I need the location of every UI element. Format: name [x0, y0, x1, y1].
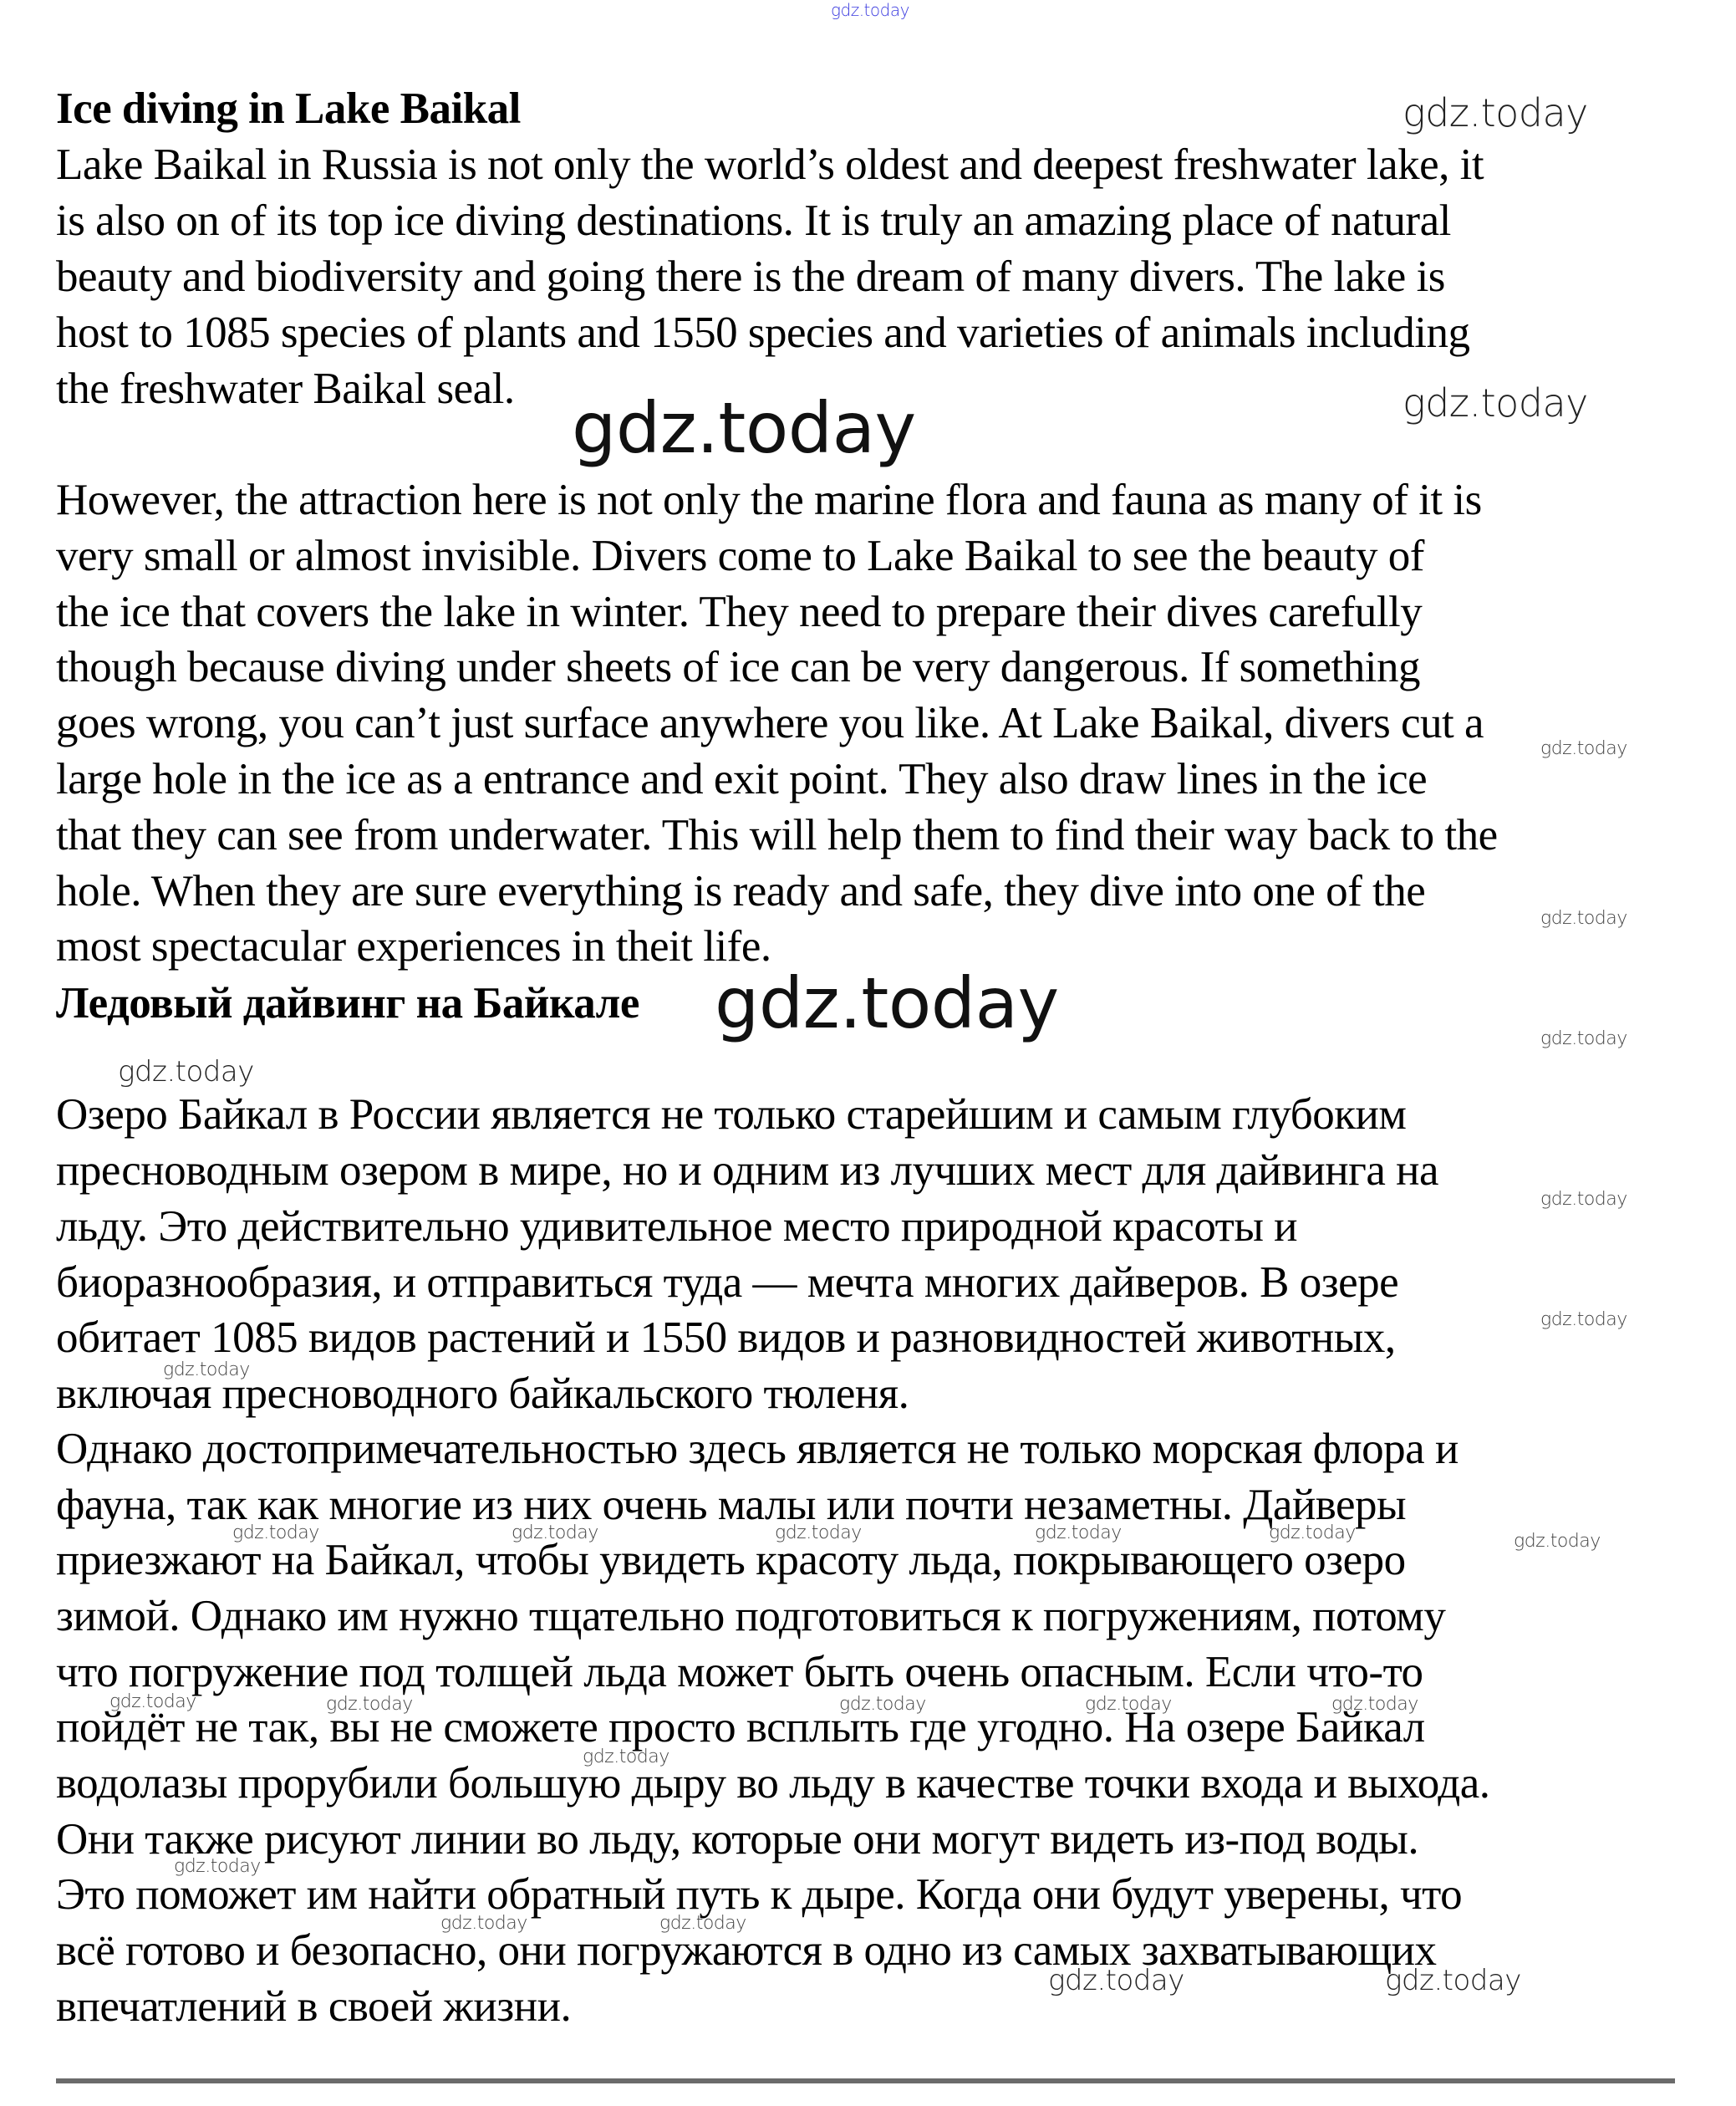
- text-line: что погружение под толщей льда может быт…: [56, 1650, 1423, 1695]
- text-line: hole. When they are sure everything is r…: [56, 869, 1425, 914]
- text-line: Озеро Байкал в России является не только…: [56, 1093, 1406, 1137]
- text-line: приезжают на Байкал, чтобы увидеть красо…: [56, 1538, 1406, 1583]
- watermark: gdz.today: [163, 1361, 250, 1379]
- text-line: beauty and biodiversity and going there …: [56, 255, 1445, 299]
- watermark: gdz.today: [1540, 910, 1627, 928]
- watermark: gdz.today: [1331, 1696, 1418, 1714]
- text-line: large hole in the ice as a entrance and …: [56, 757, 1427, 802]
- watermark: gdz.today: [1540, 740, 1627, 758]
- watermark: gdz.today: [1269, 1524, 1356, 1543]
- watermark: gdz.today: [118, 1058, 254, 1086]
- text-line: всё готово и безопасно, они погружаются …: [56, 1929, 1437, 1973]
- text-line: зимой. Однако им нужно тщательно подгото…: [56, 1594, 1445, 1639]
- watermark: gdz.today: [775, 1524, 862, 1543]
- text-line: впечатлений в своей жизни.: [56, 1985, 571, 2029]
- watermark: gdz.today: [659, 1915, 746, 1933]
- watermark: gdz.today: [326, 1696, 413, 1714]
- watermark: gdz.today: [572, 393, 916, 463]
- text-line: фауна, так как многие из них очень малы …: [56, 1483, 1406, 1527]
- text-line: водолазы прорубили большую дыру во льду …: [56, 1762, 1490, 1806]
- text-line: Lake Baikal in Russia is not only the wo…: [56, 143, 1484, 187]
- text-line: пойдёт не так, вы не сможете просто вспл…: [56, 1706, 1425, 1750]
- text-line: most spectacular experiences in theit li…: [56, 925, 771, 969]
- russian-title: Ледовый дайвинг на Байкале: [56, 982, 639, 1026]
- text-line: обитает 1085 видов растений и 1550 видов…: [56, 1316, 1396, 1360]
- header-watermark: gdz.today: [831, 2, 909, 18]
- text-line: Это поможет им найти обратный путь к дыр…: [56, 1873, 1462, 1917]
- watermark: gdz.today: [1540, 1311, 1627, 1329]
- text-line: goes wrong, you can’t just surface anywh…: [56, 701, 1484, 746]
- bottom-divider: [56, 2078, 1675, 2083]
- text-line: that they can see from underwater. This …: [56, 813, 1498, 858]
- watermark: gdz.today: [1540, 1191, 1627, 1209]
- watermark: gdz.today: [109, 1693, 196, 1711]
- watermark: gdz.today: [1514, 1532, 1601, 1551]
- english-title: Ice diving in Lake Baikal: [56, 87, 521, 131]
- watermark: gdz.today: [1403, 384, 1588, 422]
- text-line: though because diving under sheets of ic…: [56, 645, 1420, 690]
- watermark: gdz.today: [1403, 94, 1588, 132]
- text-line: is also on of its top ice diving destina…: [56, 199, 1451, 243]
- text-line: биоразнообразия, и отправиться туда — ме…: [56, 1261, 1398, 1305]
- watermark: gdz.today: [715, 968, 1059, 1038]
- document-page: gdz.today Ice diving in Lake Baikal Lake…: [0, 0, 1736, 2106]
- text-line: the freshwater Baikal seal.: [56, 367, 515, 411]
- watermark: gdz.today: [174, 1858, 261, 1876]
- watermark: gdz.today: [1048, 1966, 1184, 1995]
- watermark: gdz.today: [1385, 1966, 1521, 1995]
- watermark: gdz.today: [583, 1748, 669, 1767]
- text-line: host to 1085 species of plants and 1550 …: [56, 311, 1469, 355]
- text-line: the ice that covers the lake in winter. …: [56, 590, 1422, 635]
- watermark: gdz.today: [232, 1524, 319, 1543]
- text-line: very small or almost invisible. Divers c…: [56, 534, 1424, 579]
- text-line: However, the attraction here is not only…: [56, 478, 1482, 523]
- watermark: gdz.today: [440, 1915, 527, 1933]
- watermark: gdz.today: [512, 1524, 598, 1543]
- watermark: gdz.today: [1540, 1030, 1627, 1048]
- watermark: gdz.today: [1035, 1524, 1122, 1543]
- watermark: gdz.today: [839, 1696, 926, 1714]
- text-line: Однако достопримечательностью здесь явля…: [56, 1427, 1459, 1471]
- text-line: льду. Это действительно удивительное мес…: [56, 1205, 1297, 1249]
- watermark: gdz.today: [1085, 1696, 1172, 1714]
- text-line: пресноводным озером в мире, но и одним и…: [56, 1149, 1438, 1193]
